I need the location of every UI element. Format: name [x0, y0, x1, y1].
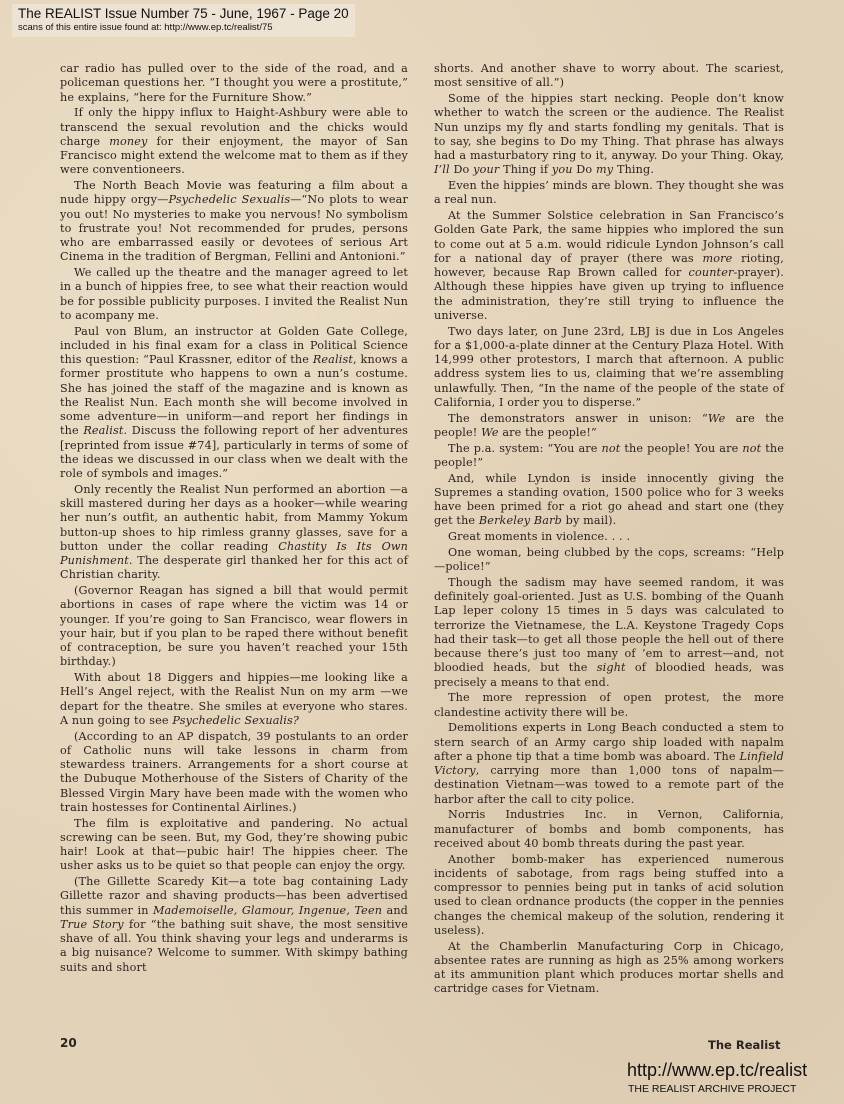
text: Norris Industries Inc. in Vernon, Califo…	[434, 808, 784, 850]
article-paragraph: Two days later, on June 23rd, LBJ is due…	[434, 325, 784, 411]
article-paragraph: At the Summer Solstice celebration in Sa…	[434, 209, 784, 323]
article-paragraph: Paul von Blum, an instructor at Golden G…	[60, 325, 408, 482]
italic-text: not	[742, 442, 761, 455]
article-paragraph: car radio has pulled over to the side of…	[60, 62, 408, 105]
article-paragraph: Some of the hippies start necking. Peopl…	[434, 92, 784, 178]
italic-text: more	[703, 252, 733, 265]
italic-text: Berkeley Barb	[479, 514, 562, 527]
article-paragraph: Though the sadism may have seemed random…	[434, 576, 784, 690]
article-paragraph: One woman, being clubbed by the cops, sc…	[434, 546, 784, 575]
italic-text: sight	[597, 661, 626, 674]
text: The film is exploitative and pandering. …	[60, 817, 408, 873]
text: The demonstrators answer in unison: “	[448, 412, 708, 425]
text: , carrying more than 1,000 tons of napal…	[434, 764, 784, 806]
italic-text: Mademoiselle, Glamour, Ingenue, Teen	[153, 904, 382, 917]
italic-text: Psychedelic Sexualis	[168, 193, 290, 206]
text: Some of the hippies start necking. Peopl…	[434, 92, 784, 162]
italic-text: you	[552, 163, 573, 176]
italic-text: not	[602, 442, 621, 455]
text: Thing.	[613, 163, 654, 176]
article-column-right: shorts. And another shave to worry about…	[434, 62, 784, 998]
text: Great moments in violence. . . .	[448, 530, 630, 543]
text: Two days later, on June 23rd, LBJ is due…	[434, 325, 784, 409]
article-paragraph: shorts. And another shave to worry about…	[434, 62, 784, 91]
italic-text: Realist	[313, 353, 353, 366]
text: and	[382, 904, 408, 917]
article-paragraph: Demolitions experts in Long Beach conduc…	[434, 721, 784, 807]
italic-text: my	[596, 163, 613, 176]
article-paragraph: (Governor Reagan has signed a bill that …	[60, 584, 408, 670]
text: Do	[450, 163, 473, 176]
italic-text: We	[481, 426, 499, 439]
text: At the Chamberlin Manufacturing Corp in …	[434, 940, 784, 996]
page-number: 20	[60, 1036, 77, 1050]
article-paragraph: And, while Lyndon is inside innocently g…	[434, 472, 784, 529]
magazine-name: The Realist	[708, 1038, 780, 1052]
italic-text: I’ll	[434, 163, 450, 176]
article-paragraph: Even the hippies’ minds are blown. They …	[434, 179, 784, 208]
article-paragraph: The North Beach Movie was featuring a fi…	[60, 179, 408, 265]
italic-text: Psychedelic Sexualis?	[172, 714, 299, 727]
text: the people! You are	[620, 442, 742, 455]
article-column-left: car radio has pulled over to the side of…	[60, 62, 408, 976]
article-paragraph: The more repression of open protest, the…	[434, 691, 784, 720]
text: Another bomb-maker has experienced numer…	[434, 853, 784, 937]
text: car radio has pulled over to the side of…	[60, 62, 408, 104]
text: (According to an AP dispatch, 39 postula…	[60, 730, 408, 814]
text: Though the sadism may have seemed random…	[434, 576, 784, 675]
text: are the people!”	[499, 426, 597, 439]
italic-text: True Story	[60, 918, 124, 931]
article-paragraph: The demonstrators answer in unison: “We …	[434, 412, 784, 441]
article-paragraph: The p.a. system: “You are not the people…	[434, 442, 784, 471]
article-paragraph: If only the hippy influx to Haight-Ashbu…	[60, 106, 408, 177]
text: (Governor Reagan has signed a bill that …	[60, 584, 408, 668]
article-paragraph: (According to an AP dispatch, 39 postula…	[60, 730, 408, 816]
text: Do	[573, 163, 596, 176]
italic-text: money	[109, 135, 147, 148]
article-paragraph: The film is exploitative and pandering. …	[60, 817, 408, 874]
article-paragraph: With about 18 Diggers and hippies—me loo…	[60, 671, 408, 728]
issue-source-note: scans of this entire issue found at: htt…	[18, 22, 349, 34]
italic-text: We	[708, 412, 726, 425]
text: The p.a. system: “You are	[448, 442, 602, 455]
text: Thing if	[499, 163, 552, 176]
issue-title: The REALIST Issue Number 75 - June, 1967…	[18, 6, 349, 22]
archive-url-link[interactable]: http://www.ep.tc/realist	[627, 1060, 807, 1081]
archive-project-label: THE REALIST ARCHIVE PROJECT	[628, 1083, 796, 1095]
text: by mail).	[562, 514, 616, 527]
article-paragraph: Norris Industries Inc. in Vernon, Califo…	[434, 808, 784, 851]
article-paragraph: Another bomb-maker has experienced numer…	[434, 853, 784, 939]
article-paragraph: We called up the theatre and the manager…	[60, 266, 408, 323]
archive-header: The REALIST Issue Number 75 - June, 1967…	[12, 4, 355, 37]
italic-text: your	[473, 163, 499, 176]
italic-text: counter	[689, 266, 734, 279]
article-paragraph: (The Gillette Scaredy Kit—a tote bag con…	[60, 875, 408, 975]
text: Even the hippies’ minds are blown. They …	[434, 179, 784, 206]
text: We called up the theatre and the manager…	[60, 266, 408, 322]
text: The more repression of open protest, the…	[434, 691, 784, 718]
article-paragraph: Only recently the Realist Nun performed …	[60, 483, 408, 583]
article-paragraph: Great moments in violence. . . .	[434, 530, 784, 544]
article-paragraph: At the Chamberlin Manufacturing Corp in …	[434, 940, 784, 997]
italic-text: Realist	[83, 424, 123, 437]
text: Demolitions experts in Long Beach conduc…	[434, 721, 784, 763]
text: One woman, being clubbed by the cops, sc…	[434, 546, 784, 573]
text: shorts. And another shave to worry about…	[434, 62, 784, 89]
